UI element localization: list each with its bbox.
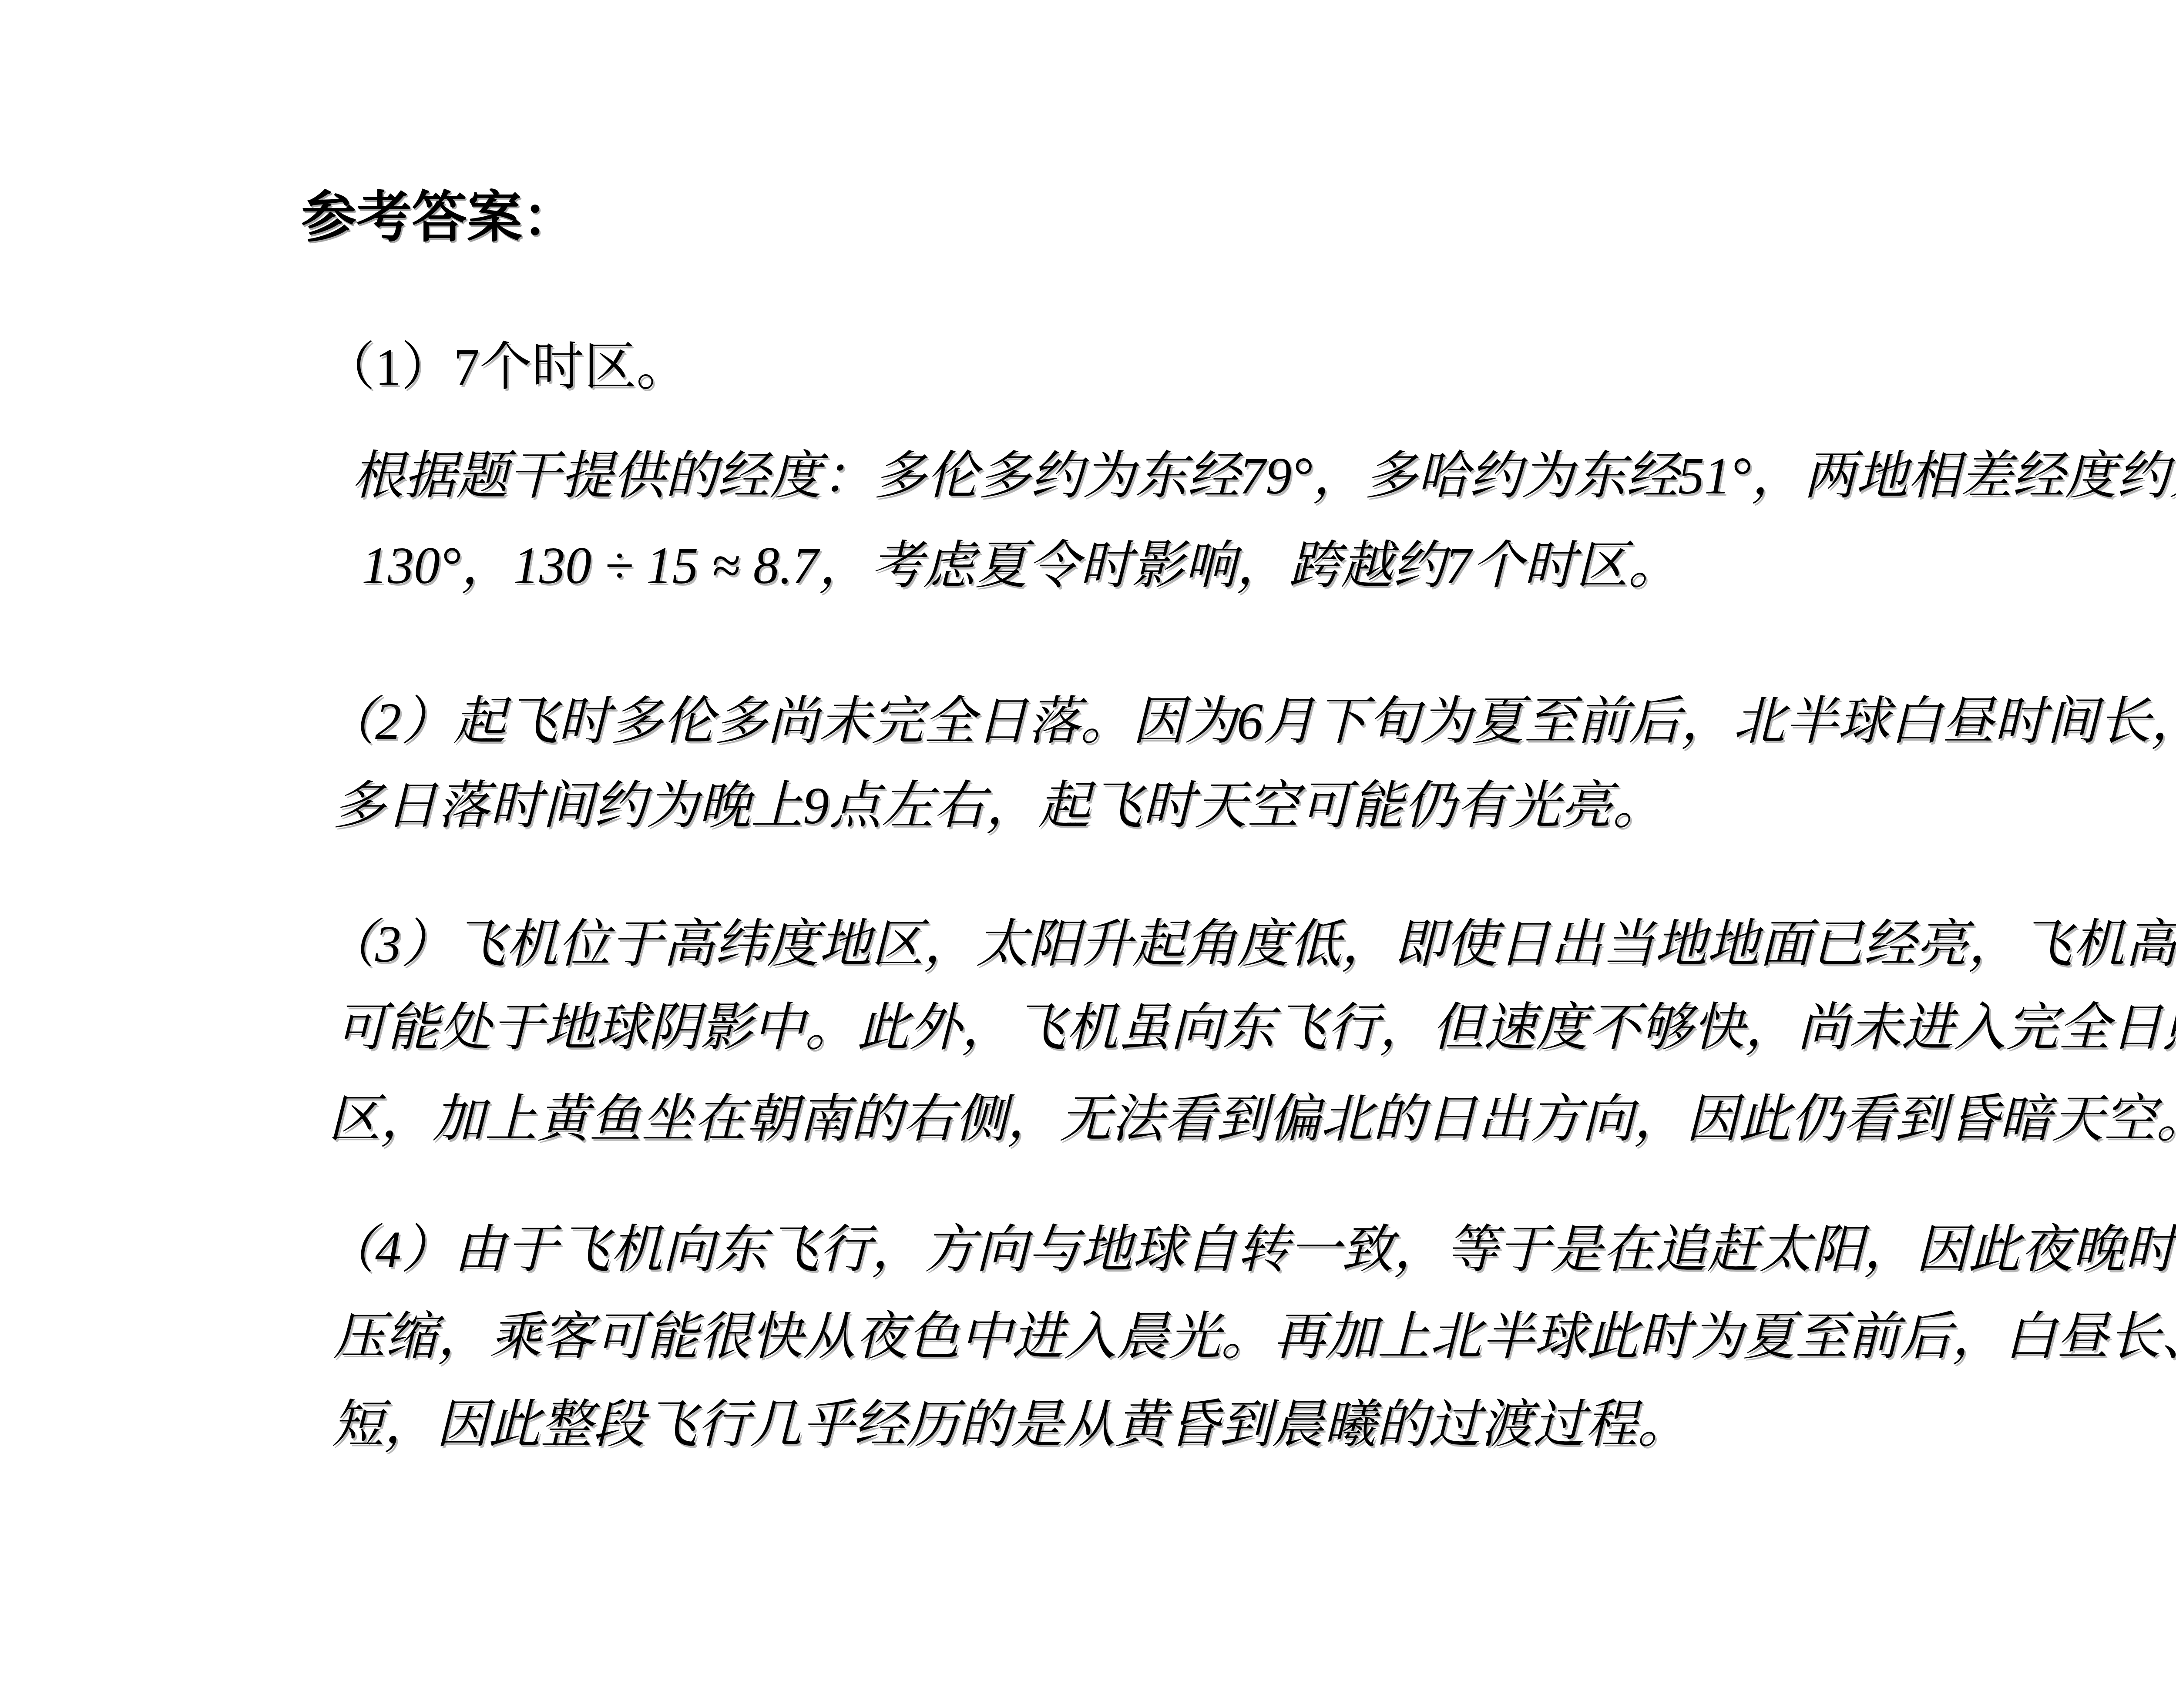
answer-2-line-1: （2）起飞时多伦多尚未完全日落。因为6月下旬为夏至前后，北半球白昼时间长，多伦 bbox=[323, 690, 2176, 753]
answer-3-line-1: （3）飞机位于高纬度地区，太阳升起角度低，即使日出当地地面已经亮，飞机高空仍 bbox=[323, 913, 2176, 976]
page-title: 参考答案： bbox=[301, 185, 578, 251]
answer-3-line-3: 区，加上黄鱼坐在朝南的右侧，无法看到偏北的日出方向，因此仍看到昏暗天空。 bbox=[328, 1088, 2176, 1151]
answer-2-line-2: 多日落时间约为晚上9点左右，起飞时天空可能仍有光亮。 bbox=[333, 775, 1665, 837]
answer-4-line-3: 短，因此整段飞行几乎经历的是从黄昏到晨曦的过渡过程。 bbox=[332, 1393, 1689, 1456]
answer-1-explanation-line-1: 根据题干提供的经度：多伦多约为东经79°，多哈约为东经51°，两地相差经度约为 bbox=[352, 445, 2176, 507]
answer-1-text: （1）7个时区。 bbox=[323, 336, 688, 399]
answer-3-line-2: 可能处于地球阴影中。此外，飞机虽向东飞行，但速度不够快，尚未进入完全日照 bbox=[335, 997, 2176, 1059]
answer-sheet-page: 参考答案： （1）7个时区。 根据题干提供的经度：多伦多约为东经79°，多哈约为… bbox=[0, 0, 2176, 1708]
answer-4-line-2: 压缩，乘客可能很快从夜色中进入晨光。再加上北半球此时为夏至前后，白昼长、夜 bbox=[333, 1305, 2176, 1368]
answer-1-explanation-line-2: 130°，130 ÷ 15 ≈ 8.7，考虑夏令时影响，跨越约7个时区。 bbox=[362, 534, 1680, 597]
answer-4-line-1: （4）由于飞机向东飞行，方向与地球自转一致，等于是在追赶太阳，因此夜晚时间被 bbox=[323, 1218, 2176, 1281]
